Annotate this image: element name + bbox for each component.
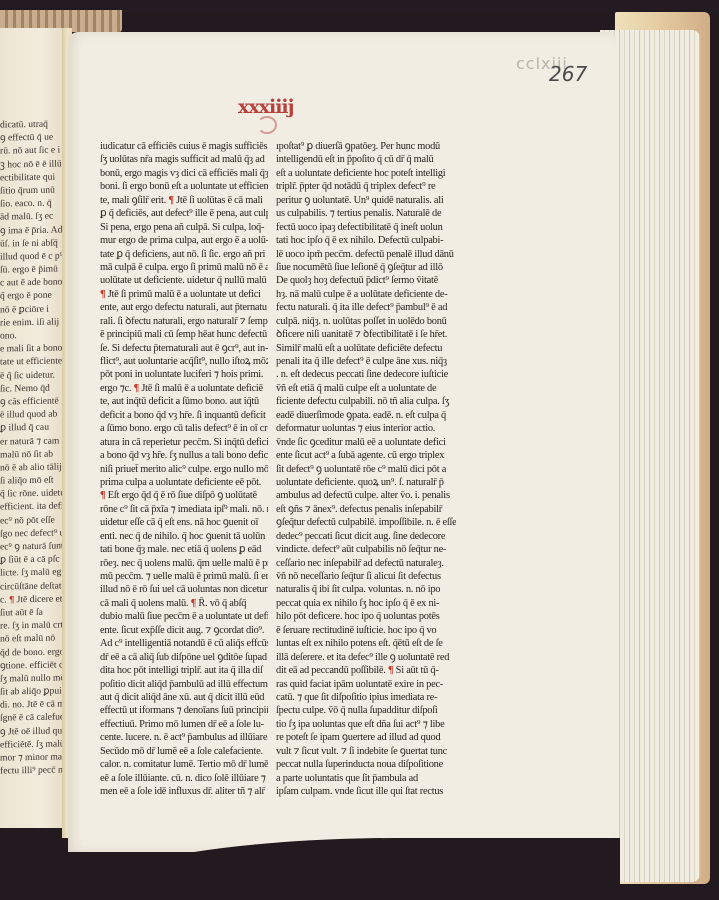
text-line: ſgo nec defect⁹ uel bbox=[0, 526, 62, 540]
text-line: ec⁹ ꝯ naturā ſunt bbox=[0, 539, 62, 553]
text-line: dedec⁹ peccati ſicut dicit aug. ſine ded… bbox=[276, 530, 456, 543]
text-line: tati bone q̄ȝ male. nec etiā q̄ uolens ꝑ… bbox=[100, 543, 268, 556]
text-line: ſit defect⁹ ꝯ uoluntatē rōe c⁹ malū dici… bbox=[276, 463, 456, 476]
text-line: enti. nec q̄ de nihilo. q̄ hoc ꝯuenit tā… bbox=[100, 530, 268, 543]
text-line: ſe. Si defectu p̄ternaturali aut ē ꝯcr⁹,… bbox=[100, 342, 268, 355]
text-line: illā deſerere. et ita defec⁹ ille ꝯ uolu… bbox=[276, 651, 456, 664]
text-line: nō eſt malū nō bbox=[0, 632, 62, 646]
text-line: ente, aut ergo defectu naturali, aut p̄t… bbox=[100, 301, 268, 314]
text-line: Si pena, ergo pena añ culpā. Si culpa, l… bbox=[100, 221, 268, 234]
text-line: tate ut efficiente bbox=[0, 355, 62, 369]
text-column-left: iudicatur cā efficiēs cuius ē magis suff… bbox=[100, 140, 268, 798]
text-line: ſio. eaco. n. q̄ bbox=[0, 197, 62, 211]
text-line: calor. n. comitatur lumē. Tertio mō dr̄ … bbox=[100, 758, 268, 771]
text-line: effectū ut iformans ⁊ denoīans ſuū princ… bbox=[100, 704, 268, 717]
text-line: us culpabilis. ⁊ tertius penalis. Natura… bbox=[276, 207, 456, 220]
text-line: ¶ Eſt ergo q̄d q̄ ē rō ſiue diſpō ꝯ uolū… bbox=[100, 489, 268, 502]
text-line: dit eā ad peccandū poſſibilē. ¶ Si aūt t… bbox=[276, 664, 456, 677]
text-line: peccat nulla ſuperinducta noua diſpoſiti… bbox=[276, 758, 456, 771]
text-line: te, mali ꝯſilr̄ erit. ¶ Jtē ſi uolūtas ē… bbox=[100, 194, 268, 207]
text-line: ectibilitate qui bbox=[0, 170, 62, 184]
text-line: cā mali q̄ uolens malū. ¶ R̄. vō q̄ abſq… bbox=[100, 597, 268, 610]
text-line: c aut ē ade bono. bbox=[0, 276, 62, 290]
pilcrow-rubric: ¶ bbox=[191, 598, 196, 609]
text-line: mā culpā ē culpa. ergo ſi primū malū nō … bbox=[100, 261, 268, 274]
text-line: ſiut aūt ē ſa bbox=[0, 605, 62, 619]
text-line: dubio malū ſiue pecc̄m ē a uoluntate ut … bbox=[100, 610, 268, 623]
text-line: e mali ſit a bono bbox=[0, 342, 62, 356]
text-line: te, aut inq̄tū deficit a ſūmo bono. aut … bbox=[100, 395, 268, 408]
text-line: efficient. ita defici bbox=[0, 500, 62, 514]
text-line: v̄ñ nō neceſſario ſeq̄tur ſi alicui ſit … bbox=[276, 570, 456, 583]
text-line: ꝫ hoc nō ē ē illū bbox=[0, 157, 62, 171]
text-line: illud quod ē c p⁹ bbox=[0, 249, 62, 263]
pilcrow-rubric: ¶ bbox=[388, 665, 393, 676]
text-line: ē q̄ ſic uidetur. bbox=[0, 368, 62, 382]
text-line: uidetur eſſe cā q̄ eſt ens. nā hoc ꝯueni… bbox=[100, 516, 268, 529]
text-line: ipſam culpam. vnde ſicut ille qui ſtat r… bbox=[276, 785, 456, 798]
text-line: rie enim. iſi alij bbox=[0, 315, 62, 329]
text-line: eſt ꝯñs ⁊ ānex⁹. defectus penalis inſepa… bbox=[276, 503, 456, 516]
text-line: culpā. niq̄ȝ. n. uolūtas poſſet in uolēd… bbox=[276, 315, 456, 328]
text-line: ꝯ effectū q̄ ue bbox=[0, 131, 62, 145]
text-line: fectu naturali. q̄ ita ille defect⁹ p̄am… bbox=[276, 301, 456, 314]
text-line: ſʒ malū nullo mō ē bbox=[0, 671, 62, 685]
text-line: ꝯ ima ē p̄ria. Ad bbox=[0, 223, 62, 237]
text-line: ꝯſeq̄tur defectū culpabilē. impoſſibile.… bbox=[276, 516, 456, 529]
text-line: peccat quia ex nihilo ſʒ hoc ipſo q̄ ē e… bbox=[276, 597, 456, 610]
text-line: nō ē ab alio tālij bbox=[0, 460, 62, 474]
text-line: ꝯtione. efficiēt c a bbox=[0, 658, 62, 672]
text-line: atura in cā reperietur pecc̄m. Si inq̄tū… bbox=[100, 436, 268, 449]
text-line: ras quid faciat ipām uoluntatē exire in … bbox=[276, 678, 456, 691]
text-line: eadē diuerſimode ꝯpata. eadē. n. eſt cul… bbox=[276, 409, 456, 422]
text-line: ſic. Nemo q̄d bbox=[0, 381, 62, 395]
text-line: ꝑ q̄ deficiēs, aut defect⁹ ille ē pena, … bbox=[100, 207, 268, 220]
text-line: ſpectu culpe. v̄ō q̄ nulla ſupadditur di… bbox=[276, 704, 456, 717]
pencil-page-number: 267 bbox=[549, 62, 587, 86]
text-line: ſiue nocumētū ſiue leſionē q̄ ꝯſeq̄tur a… bbox=[276, 261, 456, 274]
folio-flourish bbox=[257, 116, 277, 134]
text-line: . n. eſt dedecus peccati ſine dedecore i… bbox=[276, 368, 456, 381]
text-line: De quolȝ hoȝ defectuū p̄dict⁹ ſermo v̄it… bbox=[276, 274, 456, 287]
text-line: ¶ Jtē ſi primū malū ē a uoluntate ut def… bbox=[100, 288, 268, 301]
text-line: a ſūmo bono. ergo cū talis defect⁹ ē in … bbox=[100, 422, 268, 435]
text-line: ceſſario nec inſepabilr̄ ad defectū natu… bbox=[276, 557, 456, 570]
text-line: naturalis q̄ ibi ſit culpa. voluntas. n.… bbox=[276, 583, 456, 596]
text-line: niſi priuet̄ merito alic⁹ culpe. ergo nu… bbox=[100, 463, 268, 476]
text-line: ꝯ cās efficientē ſʒ bbox=[0, 394, 62, 408]
text-line: vult ⁊ ſicut vult. ⁊ ſi indebite ſe ꝯuer… bbox=[276, 745, 456, 758]
text-line: a parte uoluntatis que ſit p̄ambula ad bbox=[276, 772, 456, 785]
text-line: ſʒ uolūtas nr̄a magis sufficit ad malū q… bbox=[100, 153, 268, 166]
text-line: ſitio q̄rum unū bbox=[0, 183, 62, 197]
text-line: pōt poni in uoluntate luciferi ⁊ hois pr… bbox=[100, 368, 268, 381]
text-line: dr̄ eē a cā aliq̄ ſub diſpōne uel ꝯditōe… bbox=[100, 651, 268, 664]
text-line: ſit ab aliq̄o ꝑpuit bbox=[0, 685, 62, 699]
text-line: Ad c⁹ intelligentiā notandū ē cū aliq̄s … bbox=[100, 637, 268, 650]
text-line: ſū. ergo ē p̄imū bbox=[0, 263, 62, 277]
text-line: di. no. Jtē ē cā mī bbox=[0, 698, 62, 712]
text-line: ergo ⁊c. ¶ Jtē ſi malū ē a uoluntate def… bbox=[100, 382, 268, 395]
text-line: penali ita q̄ ille defect⁹ ē culpe āne x… bbox=[276, 355, 456, 368]
text-line: eē a ſole illūiante. cū. n. dico ſolē il… bbox=[100, 772, 268, 785]
text-line: ente ſicut act⁹ a ſubā agente. cū ergo t… bbox=[276, 449, 456, 462]
pilcrow-rubric: ¶ bbox=[168, 195, 173, 206]
text-line: cente. lucere. n. ē act⁹ p̄ambulus ad il… bbox=[100, 731, 268, 744]
text-line: uolūtate ut deficiente. uidetur q̄ nullū… bbox=[100, 274, 268, 287]
text-line: flict⁹, aut uoluntarie acq̄ſit⁹, nullo i… bbox=[100, 355, 268, 368]
pilcrow-rubric: ¶ bbox=[9, 594, 14, 605]
text-line: bonū, ergo magis vȝ dici cā efficiēs mal… bbox=[100, 167, 268, 180]
text-line: ente. ſicut exp̄ſſe dicit aug. ⁊ ꝯcordat… bbox=[100, 624, 268, 637]
text-line: ambulus ad defectū culpe. alter v̄o. i. … bbox=[276, 489, 456, 502]
text-line: fectu illi⁹ pecc̄ mēgr⁹ bbox=[0, 764, 62, 778]
text-line: fectū uoco ipaȝ defectibilitatē q̄ ineſt… bbox=[276, 221, 456, 234]
text-line: illud nō ē rō ſui uel cā uoluntas non di… bbox=[100, 583, 268, 596]
text-line: circūſtāne deſtat bbox=[0, 579, 62, 593]
pilcrow-rubric: ¶ bbox=[100, 490, 105, 501]
text-line: mur ergo de prima culpa, aut ergo ē a uo… bbox=[100, 234, 268, 247]
text-line: ec⁹ nō pōt eſſe bbox=[0, 513, 62, 527]
text-line: dicatū. utraq̄ bbox=[0, 117, 62, 131]
text-line: ē illud quod ab bbox=[0, 408, 62, 422]
text-line: ono. bbox=[0, 328, 62, 342]
text-line: ıpoſtat⁹ ꝑ diuerſā ꝯpatōeȝ. Per hunc mod… bbox=[276, 140, 456, 153]
text-line: ꝺficere niſi uanitatē ⁊ ꝺfectibilitatē i… bbox=[276, 328, 456, 341]
text-line: prima culpa a uoluntate deficiente eē pō… bbox=[100, 476, 268, 489]
text-line: boni. ſi ergo bonū eſt a uoluntate ut ef… bbox=[100, 180, 268, 193]
text-line: rali. ſi ꝺfectu naturali, ergo naturalr̄… bbox=[100, 315, 268, 328]
text-line: tio ſʒ ipa uoluntas que eſt dña ſui act⁹… bbox=[276, 718, 456, 731]
text-line: v̄ñ eſt etiā q̄ malū culpe eſt a uolunta… bbox=[276, 382, 456, 395]
text-line: deficit a bono q̄d vȝ hr̄e. ſi inquantū … bbox=[100, 409, 268, 422]
text-line: malū nō ſit ab bbox=[0, 447, 62, 461]
text-line: ſgnē ē cā calefuere bbox=[0, 711, 62, 725]
text-line: rū. nō aut ſic e i bbox=[0, 144, 62, 158]
pilcrow-rubric: ¶ bbox=[100, 289, 105, 300]
text-line: ē ſeruare rectitudinē iuſticie. hoc ipo … bbox=[276, 624, 456, 637]
pilcrow-rubric: ¶ bbox=[134, 383, 139, 394]
text-line: ūſ. in ſe ni abſq̄ bbox=[0, 236, 62, 250]
text-line: q̄ ergo ē pone bbox=[0, 289, 62, 303]
text-column-right: ıpoſtat⁹ ꝑ diuerſā ꝯpatōeȝ. Per hunc mod… bbox=[276, 140, 456, 798]
text-line: uoluntate deficiente. quoꝝ un⁹. ſ. natur… bbox=[276, 476, 456, 489]
text-line: Similr̄ malū eſt a uolūtate deficiēte de… bbox=[276, 342, 456, 355]
text-line: v̄nde ſic ꝯceditur malū eē a uoluntate d… bbox=[276, 436, 456, 449]
text-line: q̄ ſic rōne. uidetur bbox=[0, 487, 62, 501]
text-line: luntas eſt ex nihilo potens eſt. q̄ētū e… bbox=[276, 637, 456, 650]
text-line: licte. ſʒ malū eg bbox=[0, 566, 62, 580]
text-line: nō ē ꝑciōre i bbox=[0, 302, 62, 316]
text-line: ficiente defectu culpabili. nō tñ alia c… bbox=[276, 395, 456, 408]
text-line: dita hoc pōt intelligi triplr̄. aut ita … bbox=[100, 664, 268, 677]
text-line: intelligendū eſt in p̄poſito q̄ cū dr̄ q… bbox=[276, 153, 456, 166]
text-line: c. ¶ Jtē dicere et bbox=[0, 592, 62, 606]
text-line: lē uoco ipm̄ pecc̄m. defectū penalē illu… bbox=[276, 248, 456, 261]
text-line: men eē a ſole idē influxus dr̄. aliter t… bbox=[100, 785, 268, 798]
text-line: rōeȝ. nec q̄ uolens malū. q̄m uelle malū… bbox=[100, 557, 268, 570]
text-line: efficiētē. ſʒ malū pe bbox=[0, 737, 62, 751]
text-line: vindicte. defect⁹ aūt culpabilis nō ſeq̄… bbox=[276, 543, 456, 556]
text-line: ꝑ illud q̄ cau bbox=[0, 421, 62, 435]
text-line: aut q̄ dicit aliq̄d āne xū. aut q̄ dicit… bbox=[100, 691, 268, 704]
text-line: triplr̄. p̄pter q̄d notādū q̄ triplex de… bbox=[276, 180, 456, 193]
text-line: Secūdo mō dr̄ lumē eē a ſole calefacient… bbox=[100, 745, 268, 758]
text-line: poſitio dicit aliq̄d p̄ambulū ad illū ef… bbox=[100, 678, 268, 691]
text-line: catū. ⁊ que ſit diſpoſitio ipius imediat… bbox=[276, 691, 456, 704]
left-page-text: dicatū. utraq̄ꝯ effectū q̄ uerū. nō aut … bbox=[0, 117, 62, 777]
text-line: q̄d de bono. ergo bbox=[0, 645, 62, 659]
text-line: eſt a uoluntate deficiente hoc poteſt in… bbox=[276, 167, 456, 180]
text-line: mū pecc̄m. ⁊ uelle malū ē primū malū. ſi… bbox=[100, 570, 268, 583]
folio-header: xxxiiij bbox=[238, 96, 294, 118]
text-line: er naturā ⁊ cam bbox=[0, 434, 62, 448]
text-line: ꝑ ſiūt ē a cā pſc bbox=[0, 553, 62, 567]
text-line: tate ꝑ q̄ deficiens, aut nō. ſi ſic. erg… bbox=[100, 248, 268, 261]
text-line: effectiuū. Primo mō lumen dr̄ eē a ſole … bbox=[100, 718, 268, 731]
text-line: ē principiū mali cū ſemp hēat hunc defec… bbox=[100, 328, 268, 341]
text-line: re. ſʒ in malū crte bbox=[0, 619, 62, 633]
text-line: a bono q̄d vȝ hr̄e. ſʒ nullus a tali bon… bbox=[100, 449, 268, 462]
text-line: peritur ꝯ uoluntatē. Un⁹ quidē naturalis… bbox=[276, 194, 456, 207]
text-line: ꝯ Jtē oē illud quod bbox=[0, 724, 62, 738]
text-line: hȝ. nā malū culpe ē a uolūtate deficient… bbox=[276, 288, 456, 301]
text-line: rōne c⁹ ſit cā p̄xīa ⁊ imediata ipſ⁹ mal… bbox=[100, 503, 268, 516]
text-line: hilo pōt deficere. hoc ipo q̄ uoluntas p… bbox=[276, 610, 456, 623]
text-line: ād malū. ſʒ ec bbox=[0, 210, 62, 224]
text-line: ſi aliq̄o mō eſt bbox=[0, 474, 62, 488]
text-line: tati hoc ipſo q̄ ē ex nihilo. Defectū cu… bbox=[276, 234, 456, 247]
text-line: re poteſt ſe ipam ꝯuertere ad illud ad q… bbox=[276, 731, 456, 744]
text-line: deformatur uoluntas ⁊ eius interior acti… bbox=[276, 422, 456, 435]
text-line: mor ⁊ minor mal⁹ bbox=[0, 750, 62, 764]
text-line: iudicatur cā efficiēs cuius ē magis suff… bbox=[100, 140, 268, 153]
